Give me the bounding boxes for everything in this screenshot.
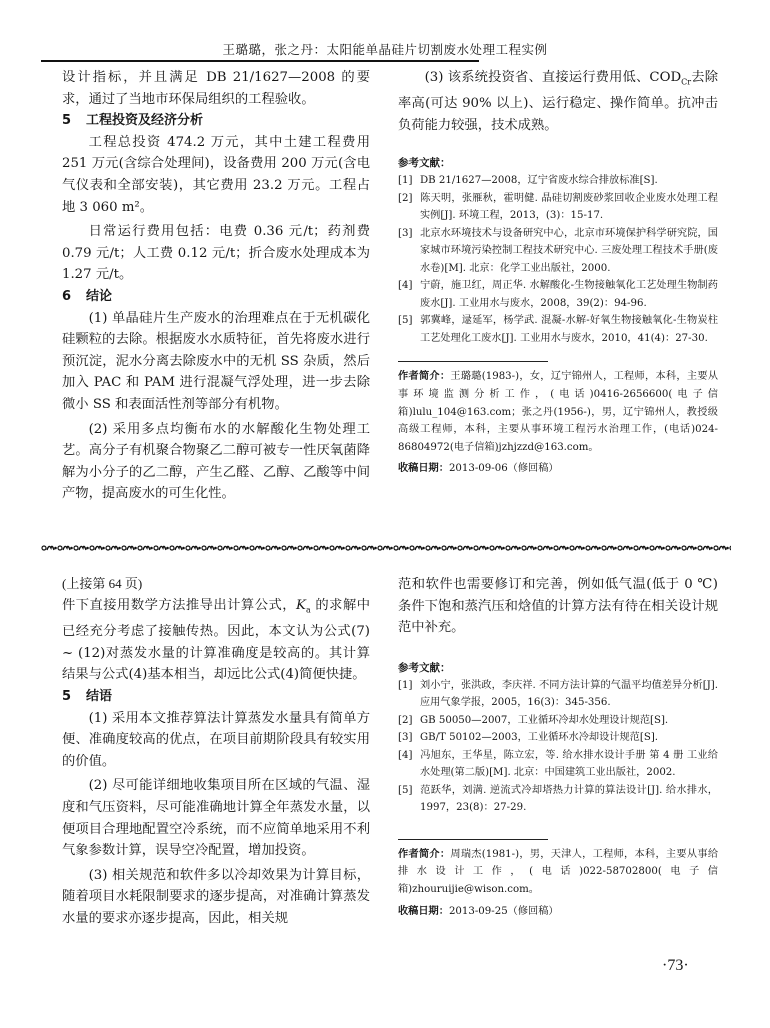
paragraph: 日常运行费用包括：电费 0.36 元/t；药剂费 0.79 元/t；人工费 0.… bbox=[62, 221, 370, 286]
section-heading: 5结语 bbox=[62, 686, 370, 708]
reference-item: [4]宁蔚，施卫红，周正华. 水解酸化-生物接触氧化工艺处理生物制药废水[J].… bbox=[398, 277, 718, 312]
section-title: 结语 bbox=[86, 689, 112, 704]
reference-item: [2]陈天明，张雁秋，霍明健. 晶硅切割废砂浆回收企业废水处理工程实例[J]. … bbox=[398, 190, 718, 225]
paragraph: 范和软件也需要修订和完善，例如低气温(低于 0 ℃)条件下饱和蒸汽压和焓值的计算… bbox=[398, 574, 718, 639]
conclusion-item: (3) 相关规范和软件多以冷却效果为计算目标，随着项目水耗限制要求的逐步提高，对… bbox=[62, 865, 370, 930]
reference-item: [1]刘小宁，张洪政，李庆祥. 不同方法计算的气温平均值差异分析[J]. 应用气… bbox=[398, 677, 718, 712]
reference-list: [1]DB 21/1627—2008，辽宁省废水综合排放标准[S]. [2]陈天… bbox=[398, 172, 718, 347]
reference-item: [2]GB 50050—2007，工业循环冷却水处理设计规范[S]. bbox=[398, 712, 718, 730]
reference-item: [3]GB/T 50102—2003，工业循环水冷却设计规范[S]. bbox=[398, 729, 718, 747]
reference-item: [1]DB 21/1627—2008，辽宁省废水综合排放标准[S]. bbox=[398, 172, 718, 190]
section-heading: 5工程投资及经济分析 bbox=[62, 110, 370, 132]
article1-left-column: 设计指标，并且满足 DB 21/1627—2008 的要求，通过了当地市环保局组… bbox=[62, 67, 370, 505]
paragraph: 件下直接用数学方法推导出计算公式，Ka 的求解中已经充分考虑了接触传热。因此，本… bbox=[62, 595, 370, 686]
page-number: ·73· bbox=[662, 957, 689, 975]
article2-right-column: 范和软件也需要修订和完善，例如低气温(低于 0 ℃)条件下饱和蒸汽压和焓值的计算… bbox=[398, 574, 718, 921]
paragraph: 设计指标，并且满足 DB 21/1627—2008 的要求，通过了当地市环保局组… bbox=[62, 67, 370, 110]
conclusion-item: (1) 采用本文推荐算法计算蒸发水量具有简单方便、准确度较高的优点，在项目前期阶… bbox=[62, 708, 370, 773]
section-number: 6 bbox=[62, 286, 86, 308]
section-title: 工程投资及经济分析 bbox=[86, 113, 203, 128]
ornament-pattern-icon bbox=[41, 543, 731, 552]
reference-item: [3]北京水环境技术与设备研究中心，北京市环境保护科学研究院，国家城市环境污染控… bbox=[398, 225, 718, 278]
reference-list: [1]刘小宁，张洪政，李庆祥. 不同方法计算的气温平均值差异分析[J]. 应用气… bbox=[398, 677, 718, 817]
running-header: 王璐璐，张之丹：太阳能单晶硅片切割废水处理工程实例 bbox=[0, 40, 770, 58]
section-number: 5 bbox=[62, 686, 86, 708]
references-title: 参考文献： bbox=[398, 659, 718, 677]
reference-item: [4]冯旭东，王华星，陈立宏，等. 给水排水设计手册 第 4 册 工业给水处理(… bbox=[398, 747, 718, 782]
paragraph: 工程总投资 474.2 万元，其中土建工程费用 251 万元(含综合处理间)，设… bbox=[62, 132, 370, 218]
reference-item: [5]郭冀峰，逯延军，杨学武. 混凝-水解-好氧生物接触氧化-生物炭柱工艺处理化… bbox=[398, 312, 718, 347]
section-heading: 6结论 bbox=[62, 286, 370, 308]
conclusion-item: (2) 采用多点均衡布水的水解酸化生物处理工艺。高分子有机聚合物聚乙二醇可被专一… bbox=[62, 419, 370, 505]
conclusion-item: (3) 该系统投资省、直接运行费用低、CODCr去除率高(可达 90% 以上)、… bbox=[398, 67, 718, 136]
author-bio: 作者简介：王璐璐(1983-)，女，辽宁锦州人，工程师，本科，主要从事环境监测分… bbox=[398, 368, 718, 456]
conclusion-item: (2) 尽可能详细地收集项目所在区域的气温、湿度和气压资料，尽可能准确地计算全年… bbox=[62, 775, 370, 861]
received-date: 收稿日期：2013-09-06（修回稿） bbox=[398, 460, 718, 478]
article2-left-column: 件下直接用数学方法推导出计算公式，Ka 的求解中已经充分考虑了接触传热。因此，本… bbox=[62, 595, 370, 930]
references-title: 参考文献： bbox=[398, 154, 718, 172]
reference-item: [5]范跃华，刘满. 逆流式冷却塔热力计算的算法设计[J]. 给水排水，1997… bbox=[398, 782, 718, 817]
continued-from-note: (上接第 64 页) bbox=[62, 573, 142, 592]
received-date: 收稿日期：2013-09-25（修回稿） bbox=[398, 903, 718, 921]
section-number: 5 bbox=[62, 110, 86, 132]
header-rule bbox=[41, 60, 479, 62]
ornamental-divider bbox=[41, 543, 731, 552]
author-bio: 作者简介：周瑞杰(1981-)，男，天津人，工程师，本科，主要从事给排水设计工作… bbox=[398, 846, 718, 899]
conclusion-item: (1) 单晶硅片生产废水的治理难点在于无机碳化硅颗粒的去除。根据废水水质特征，首… bbox=[62, 308, 370, 416]
article1-right-column: (3) 该系统投资省、直接运行费用低、CODCr去除率高(可达 90% 以上)、… bbox=[398, 67, 718, 478]
section-title: 结论 bbox=[86, 289, 112, 304]
